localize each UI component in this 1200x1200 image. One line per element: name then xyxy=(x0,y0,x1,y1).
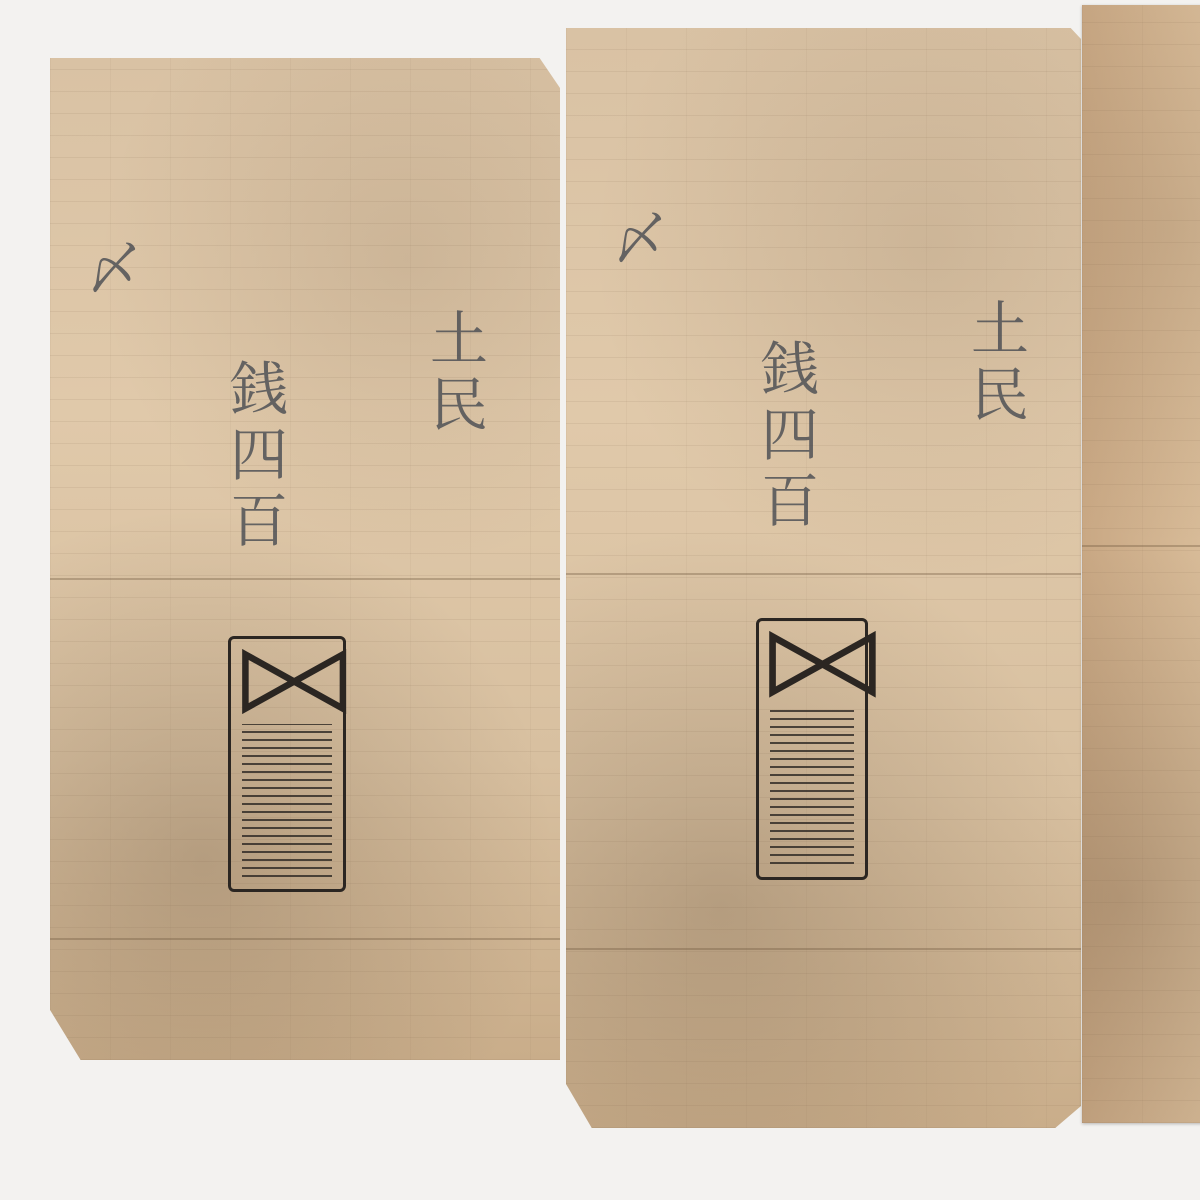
fold-line xyxy=(50,578,560,580)
note-left: 土民 銭四百 〆 xyxy=(50,58,560,1060)
handwritten-column: 銭四百 xyxy=(225,358,283,556)
handwritten-column: 〆 xyxy=(80,238,138,304)
fold-line xyxy=(50,938,560,940)
fold-line xyxy=(566,948,1081,950)
handwritten-column: 銭四百 xyxy=(756,338,814,536)
fold-line xyxy=(566,573,1081,575)
fold-line xyxy=(1082,545,1200,547)
handwritten-column: 土民 xyxy=(425,308,483,440)
note-center: 土民 銭四百 〆 xyxy=(566,28,1081,1128)
handwritten-column: 土民 xyxy=(966,298,1024,430)
handwritten-column: 〆 xyxy=(606,208,664,274)
printed-seal-stamp xyxy=(228,636,346,892)
printed-seal-stamp xyxy=(756,618,868,880)
note-right-partial xyxy=(1082,5,1200,1123)
